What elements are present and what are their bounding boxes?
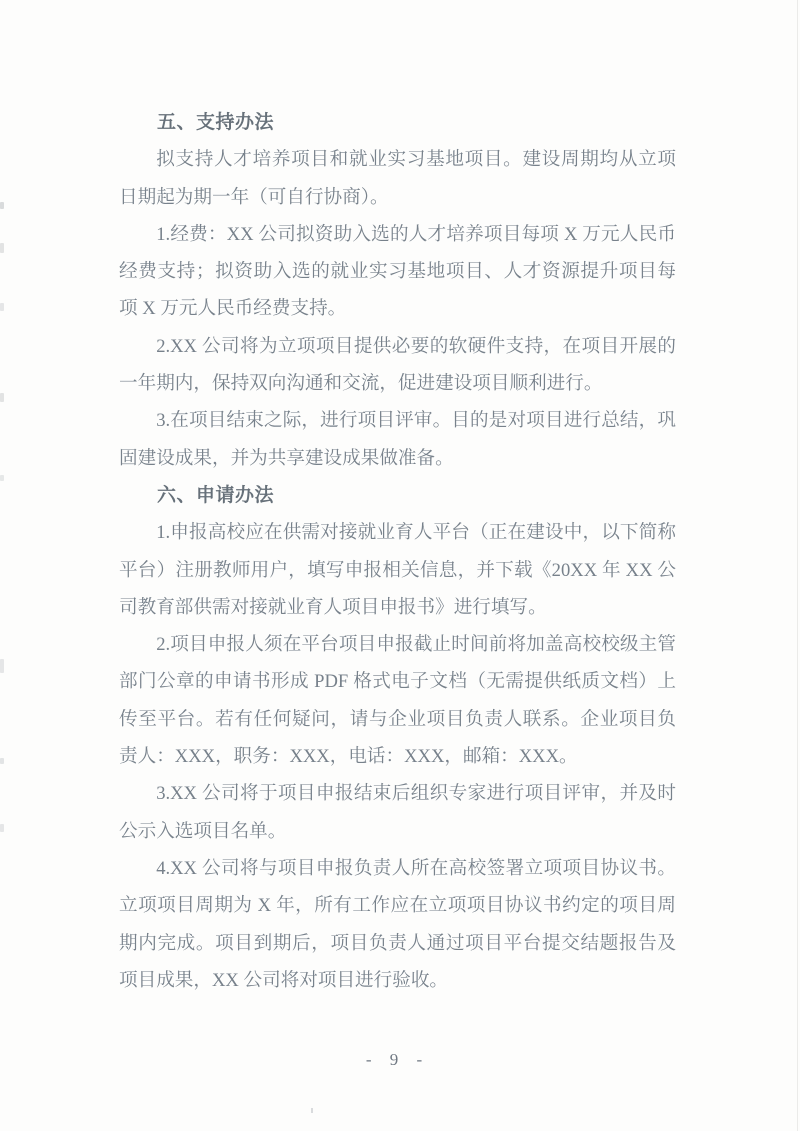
section-heading-application-methods: 六、申请办法 [119, 477, 676, 514]
paragraph-support-intro: 拟支持人才培养项目和就业实习基地项目。建设周期均从立项日期起为期一年（可自行协商… [119, 141, 676, 216]
scan-artifact [0, 243, 4, 253]
document-body: 五、支持办法 拟支持人才培养项目和就业实习基地项目。建设周期均从立项日期起为期一… [119, 104, 676, 999]
paragraph-application-item-4: 4.XX 公司将与项目申报负责人所在高校签署立项项目协议书。立项项目周期为 X … [119, 850, 676, 999]
scan-speck [311, 1108, 313, 1113]
paragraph-application-item-3: 3.XX 公司将于项目申报结束后组织专家进行项目评审，并及时公示入选项目名单。 [119, 775, 676, 850]
scan-artifact [0, 303, 4, 311]
paragraph-support-item-3: 3.在项目结束之际，进行项目评审。目的是对项目进行总结，巩固建设成果，并为共享建… [119, 402, 676, 477]
scan-artifact [0, 758, 4, 764]
scan-artifact [0, 824, 4, 832]
paragraph-support-item-2: 2.XX 公司将为立项项目提供必要的软硬件支持，在项目开展的一年期内，保持双向沟… [119, 328, 676, 403]
section-heading-support-methods: 五、支持办法 [119, 104, 676, 141]
scan-edge-line [797, 0, 798, 1131]
page-number: - 9 - [119, 1050, 676, 1070]
document-page: 五、支持办法 拟支持人才培养项目和就业实习基地项目。建设周期均从立项日期起为期一… [0, 0, 800, 1131]
paragraph-support-item-1: 1.经费：XX 公司拟资助入选的人才培养项目每项 X 万元人民币经费支持；拟资助… [119, 216, 676, 328]
scan-artifact [0, 475, 4, 481]
scan-artifact [0, 393, 4, 402]
scan-artifact [0, 659, 4, 673]
scan-artifact [0, 202, 4, 209]
paragraph-application-item-1: 1.申报高校应在供需对接就业育人平台（正在建设中，以下简称平台）注册教师用户，填… [119, 514, 676, 626]
paragraph-application-item-2: 2.项目申报人须在平台项目申报截止时间前将加盖高校校级主管部门公章的申请书形成 … [119, 626, 676, 775]
